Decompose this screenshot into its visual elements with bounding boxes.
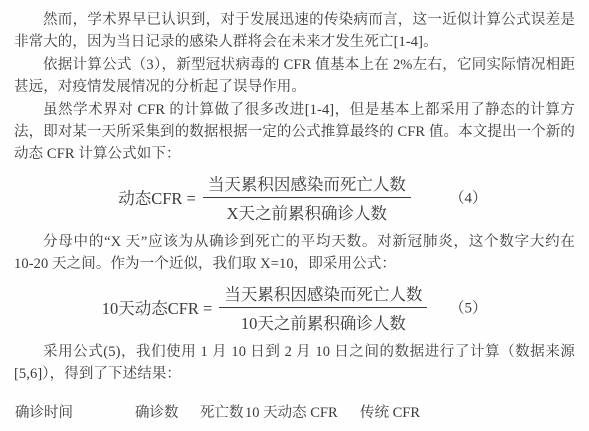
- paper-page: 然而，学术界早已认识到，对于发展迅速的传染病而言，这一近似计算公式误差是非常大的…: [0, 0, 589, 424]
- formula-4-lhs: 动态CFR =: [118, 185, 196, 209]
- paragraph-x-days-explanation: 分母中的“X 天”应该为从确诊到死亡的平均天数。对新冠肺炎，这个数字大约在 10…: [14, 231, 575, 276]
- column-header-confirm-time: 确诊时间: [15, 402, 135, 424]
- formula-5: 10天动态CFR = 当天累积因感染而死亡人数 10天之前累积确诊人数 （5）: [14, 281, 575, 334]
- formula-4-numerator: 当天累积因感染而死亡人数: [203, 171, 411, 198]
- paragraph-static-methods: 虽然学术界对 CFR 的计算做了很多改进[1-4]，但是基本上都采用了静态的计算…: [14, 99, 575, 166]
- paragraph-calculation-data: 采用公式(5)，我们使用 1 月 10 日到 2 月 10 日之间的数据进行了计…: [14, 341, 575, 386]
- formula-5-denominator: 10天之前累积确诊人数: [219, 308, 427, 334]
- column-header-death-count: 死亡数: [200, 402, 245, 424]
- formula-4-equation-number: （4）: [449, 187, 487, 208]
- formula-5-fraction: 当天累积因感染而死亡人数 10天之前累积确诊人数: [219, 281, 427, 334]
- column-header-traditional-cfr: 传统 CFR: [360, 402, 420, 424]
- results-table-header: 确诊时间 确诊数 死亡数 10 天动态 CFR 传统 CFR: [14, 402, 575, 424]
- paragraph-formula3-cfr: 依据计算公式（3），新型冠状病毒的 CFR 值基本上在 2%左右，它同实际情况相…: [14, 54, 575, 99]
- formula-5-equation-number: （5）: [449, 297, 487, 318]
- formula-5-numerator: 当天累积因感染而死亡人数: [219, 281, 427, 308]
- formula-5-lhs: 10天动态CFR =: [102, 295, 213, 319]
- formula-4: 动态CFR = 当天累积因感染而死亡人数 X天之前累积确诊人数 （4）: [14, 171, 575, 224]
- formula-4-denominator: X天之前累积确诊人数: [203, 198, 411, 224]
- column-header-10day-dynamic-cfr: 10 天动态 CFR: [245, 402, 360, 424]
- column-header-confirmed-count: 确诊数: [135, 402, 200, 424]
- formula-4-fraction: 当天累积因感染而死亡人数 X天之前累积确诊人数: [203, 171, 411, 224]
- paragraph-approximation-error: 然而，学术界早已认识到，对于发展迅速的传染病而言，这一近似计算公式误差是非常大的…: [14, 9, 575, 54]
